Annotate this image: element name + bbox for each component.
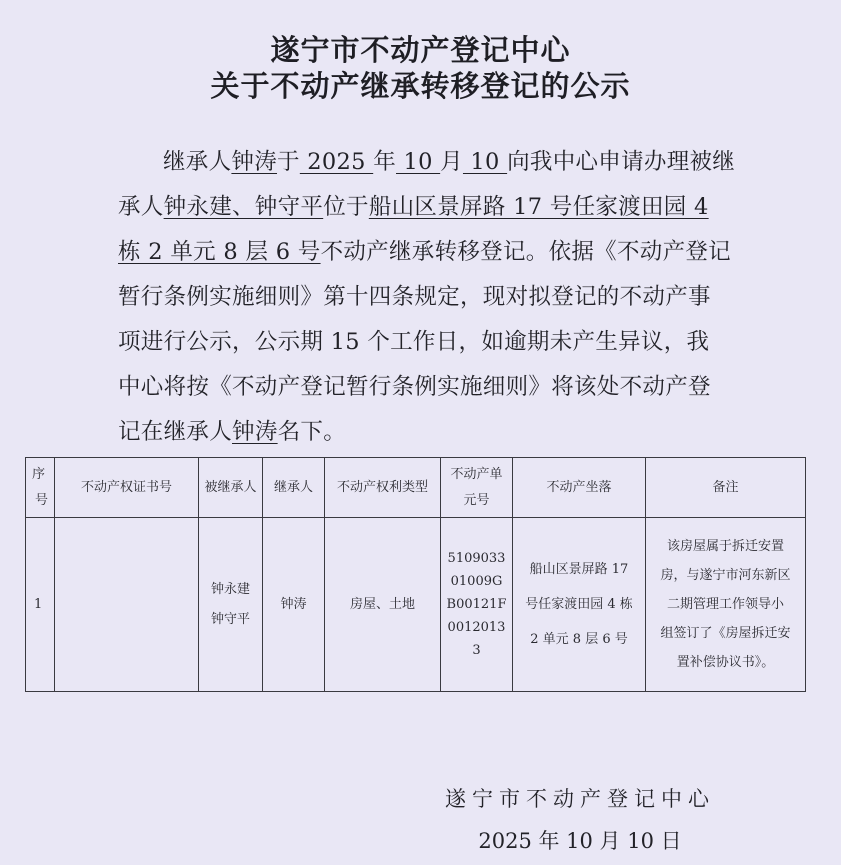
body-line: 暂行条例实施细则》第十四条规定，现对拟登记的不动产事 — [118, 275, 718, 320]
body-text: 项进行公示，公示期 15 个工作日，如逾期未产生异议，我 — [118, 329, 709, 355]
cell-heir: 钟涛 — [263, 518, 325, 692]
underlined-field: 钟涛 — [232, 419, 278, 445]
signature-date: 2025 年 10 月 10 日 — [420, 825, 740, 855]
notice-title-subject: 关于不动产继承转移登记的公示 — [0, 68, 841, 104]
body-line: 中心将按《不动产登记暂行条例实施细则》将该处不动产登 — [118, 365, 718, 410]
cell-seq: 1 — [26, 518, 55, 692]
notice-title-org: 遂宁市不动产登记中心 — [0, 32, 841, 68]
col-header-decedent: 被继承人 — [199, 458, 263, 518]
body-line: 继承人钟涛于 2025 年 10 月 10 向我中心申请办理被继 — [118, 140, 718, 185]
underlined-field: 船山区景屏路 17 号任家渡田园 4 — [369, 194, 709, 220]
underlined-field: 钟永建、钟守平 — [164, 194, 324, 220]
col-header-remarks: 备注 — [646, 458, 806, 518]
body-line: 项进行公示，公示期 15 个工作日，如逾期未产生异议，我 — [118, 320, 718, 365]
cell-remarks: 该房屋属于拆迁安置 房，与遂宁市河东新区 二期管理工作领导小 组签订了《房屋拆迁… — [646, 518, 806, 692]
body-text: 向我中心申请办理被继 — [507, 149, 735, 175]
body-text: 名下。 — [278, 419, 346, 445]
cell-unit-no: 5109033 01009G B00121F 0012013 3 — [441, 518, 513, 692]
col-header-unit-no: 不动产单 元号 — [441, 458, 513, 518]
table-header-row: 序 号 不动产权证书号 被继承人 继承人 不动产权利类型 不动产单 元号 不动产… — [26, 458, 806, 518]
cell-cert-no — [55, 518, 199, 692]
underlined-field: 2025 — [300, 149, 373, 175]
body-text: 位于 — [323, 194, 369, 220]
body-text: 月 — [440, 149, 463, 175]
col-header-seq: 序 号 — [26, 458, 55, 518]
body-text: 不动产继承转移登记。依据《不动产登记 — [321, 239, 731, 265]
registration-table: 序 号 不动产权证书号 被继承人 继承人 不动产权利类型 不动产单 元号 不动产… — [25, 457, 806, 692]
body-text: 继承人 — [163, 149, 231, 175]
body-line: 记在继承人钟涛名下。 — [118, 410, 718, 455]
cell-right-type: 房屋、土地 — [325, 518, 441, 692]
col-header-location: 不动产坐落 — [513, 458, 646, 518]
body-text: 中心将按《不动产登记暂行条例实施细则》将该处不动产登 — [118, 374, 711, 400]
body-text: 承人 — [118, 194, 164, 220]
table-row: 1 钟永建 钟守平 钟涛 房屋、土地 5109033 01009G B00121… — [26, 518, 806, 692]
col-header-heir: 继承人 — [263, 458, 325, 518]
signature-org: 遂宁市不动产登记中心 — [420, 783, 740, 813]
underlined-field: 栋 2 单元 8 层 6 号 — [118, 239, 321, 265]
body-line: 承人钟永建、钟守平位于船山区景屏路 17 号任家渡田园 4 — [118, 185, 718, 230]
body-text: 年 — [373, 149, 396, 175]
cell-location: 船山区景屏路 17 号任家渡田园 4 栋 2 单元 8 层 6 号 — [513, 518, 646, 692]
underlined-field: 10 — [396, 149, 440, 175]
cell-decedent: 钟永建 钟守平 — [199, 518, 263, 692]
col-header-cert-no: 不动产权证书号 — [55, 458, 199, 518]
underlined-field: 10 — [463, 149, 507, 175]
body-line: 栋 2 单元 8 层 6 号不动产继承转移登记。依据《不动产登记 — [118, 230, 718, 275]
body-text: 于 — [277, 149, 300, 175]
col-header-right-type: 不动产权利类型 — [325, 458, 441, 518]
body-text: 暂行条例实施细则》第十四条规定，现对拟登记的不动产事 — [118, 284, 711, 310]
body-text: 记在继承人 — [118, 419, 232, 445]
underlined-field: 钟涛 — [231, 149, 277, 175]
notice-body: 继承人钟涛于 2025 年 10 月 10 向我中心申请办理被继 承人钟永建、钟… — [118, 140, 718, 455]
